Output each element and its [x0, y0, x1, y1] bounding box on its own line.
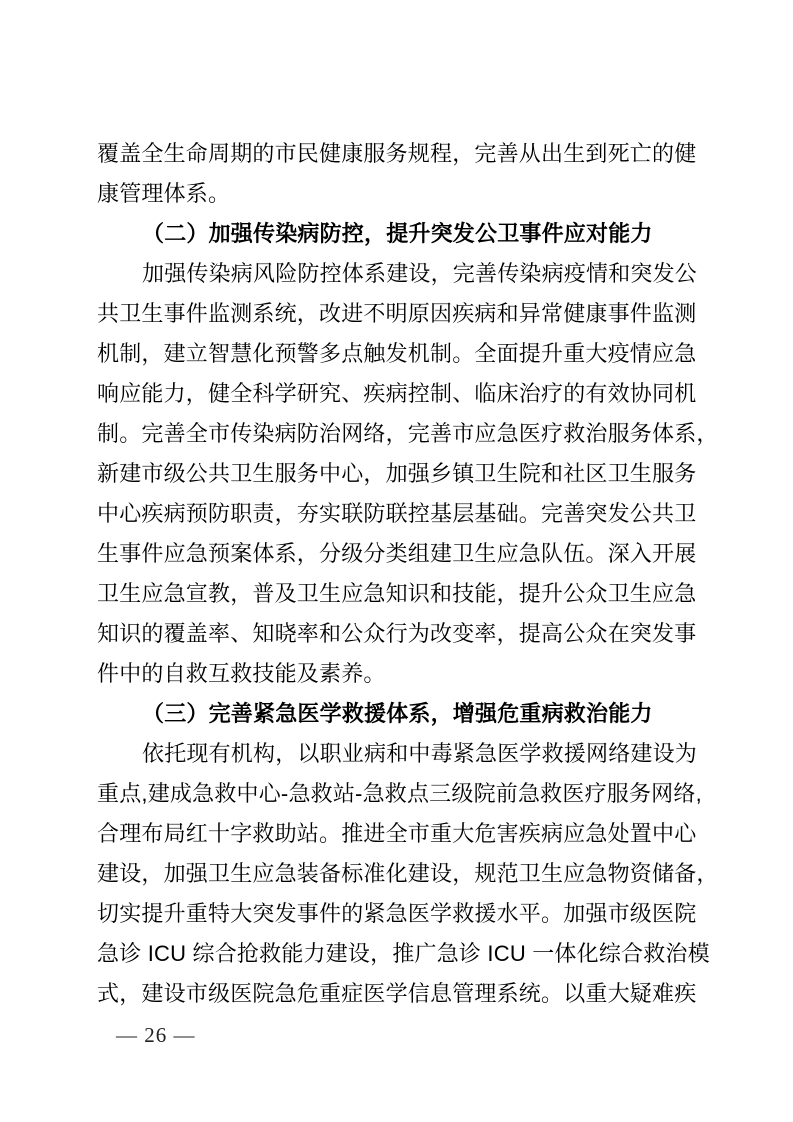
body-line: 加强传染病风险防控体系建设，完善传染病疫情和突发公 [97, 254, 697, 294]
body-line: 重点,建成急救中心-急救站-急救点三级院前急救医疗服务网络, [97, 774, 697, 814]
body-line: 覆盖全生命周期的市民健康服务规程，完善从出生到死亡的健 [97, 134, 697, 174]
document-body: 覆盖全生命周期的市民健康服务规程，完善从出生到死亡的健 康管理体系。 （二）加强… [97, 134, 697, 1014]
section-heading: （二）加强传染病防控，提升突发公卫事件应对能力 [97, 214, 697, 254]
body-line: 新建市级公共卫生服务中心，加强乡镇卫生院和社区卫生服务 [97, 454, 697, 494]
section-heading: （三）完善紧急医学救援体系，增强危重病救治能力 [97, 694, 697, 734]
body-line: 生事件应急预案体系，分级分类组建卫生应急队伍。深入开展 [97, 534, 697, 574]
document-page: 覆盖全生命周期的市民健康服务规程，完善从出生到死亡的健 康管理体系。 （二）加强… [0, 0, 793, 1122]
body-line: 依托现有机构，以职业病和中毒紧急医学救援网络建设为 [97, 734, 697, 774]
body-line: 件中的自救互救技能及素养。 [97, 654, 697, 694]
body-line: 建设，加强卫生应急装备标准化建设，规范卫生应急物资储备， [97, 854, 697, 894]
body-line: 共卫生事件监测系统，改进不明原因疾病和异常健康事件监测 [97, 294, 697, 334]
body-line: 急诊 ICU 综合抢救能力建设，推广急诊 ICU 一体化综合救治模 [97, 934, 697, 974]
body-line: 制。完善全市传染病防治网络，完善市应急医疗救治服务体系， [97, 414, 697, 454]
body-line: 中心疾病预防职责，夯实联防联控基层基础。完善突发公共卫 [97, 494, 697, 534]
body-line: 响应能力，健全科学研究、疾病控制、临床治疗的有效协同机 [97, 374, 697, 414]
page-number: — 26 — [116, 1020, 196, 1050]
body-line: 机制，建立智慧化预警多点触发机制。全面提升重大疫情应急 [97, 334, 697, 374]
body-line: 知识的覆盖率、知晓率和公众行为改变率，提高公众在突发事 [97, 614, 697, 654]
body-line: 切实提升重特大突发事件的紧急医学救援水平。加强市级医院 [97, 894, 697, 934]
body-line: 式，建设市级医院急危重症医学信息管理系统。以重大疑难疾 [97, 974, 697, 1014]
body-line: 卫生应急宣教，普及卫生应急知识和技能，提升公众卫生应急 [97, 574, 697, 614]
body-line: 康管理体系。 [97, 174, 697, 214]
body-line: 合理布局红十字救助站。推进全市重大危害疾病应急处置中心 [97, 814, 697, 854]
